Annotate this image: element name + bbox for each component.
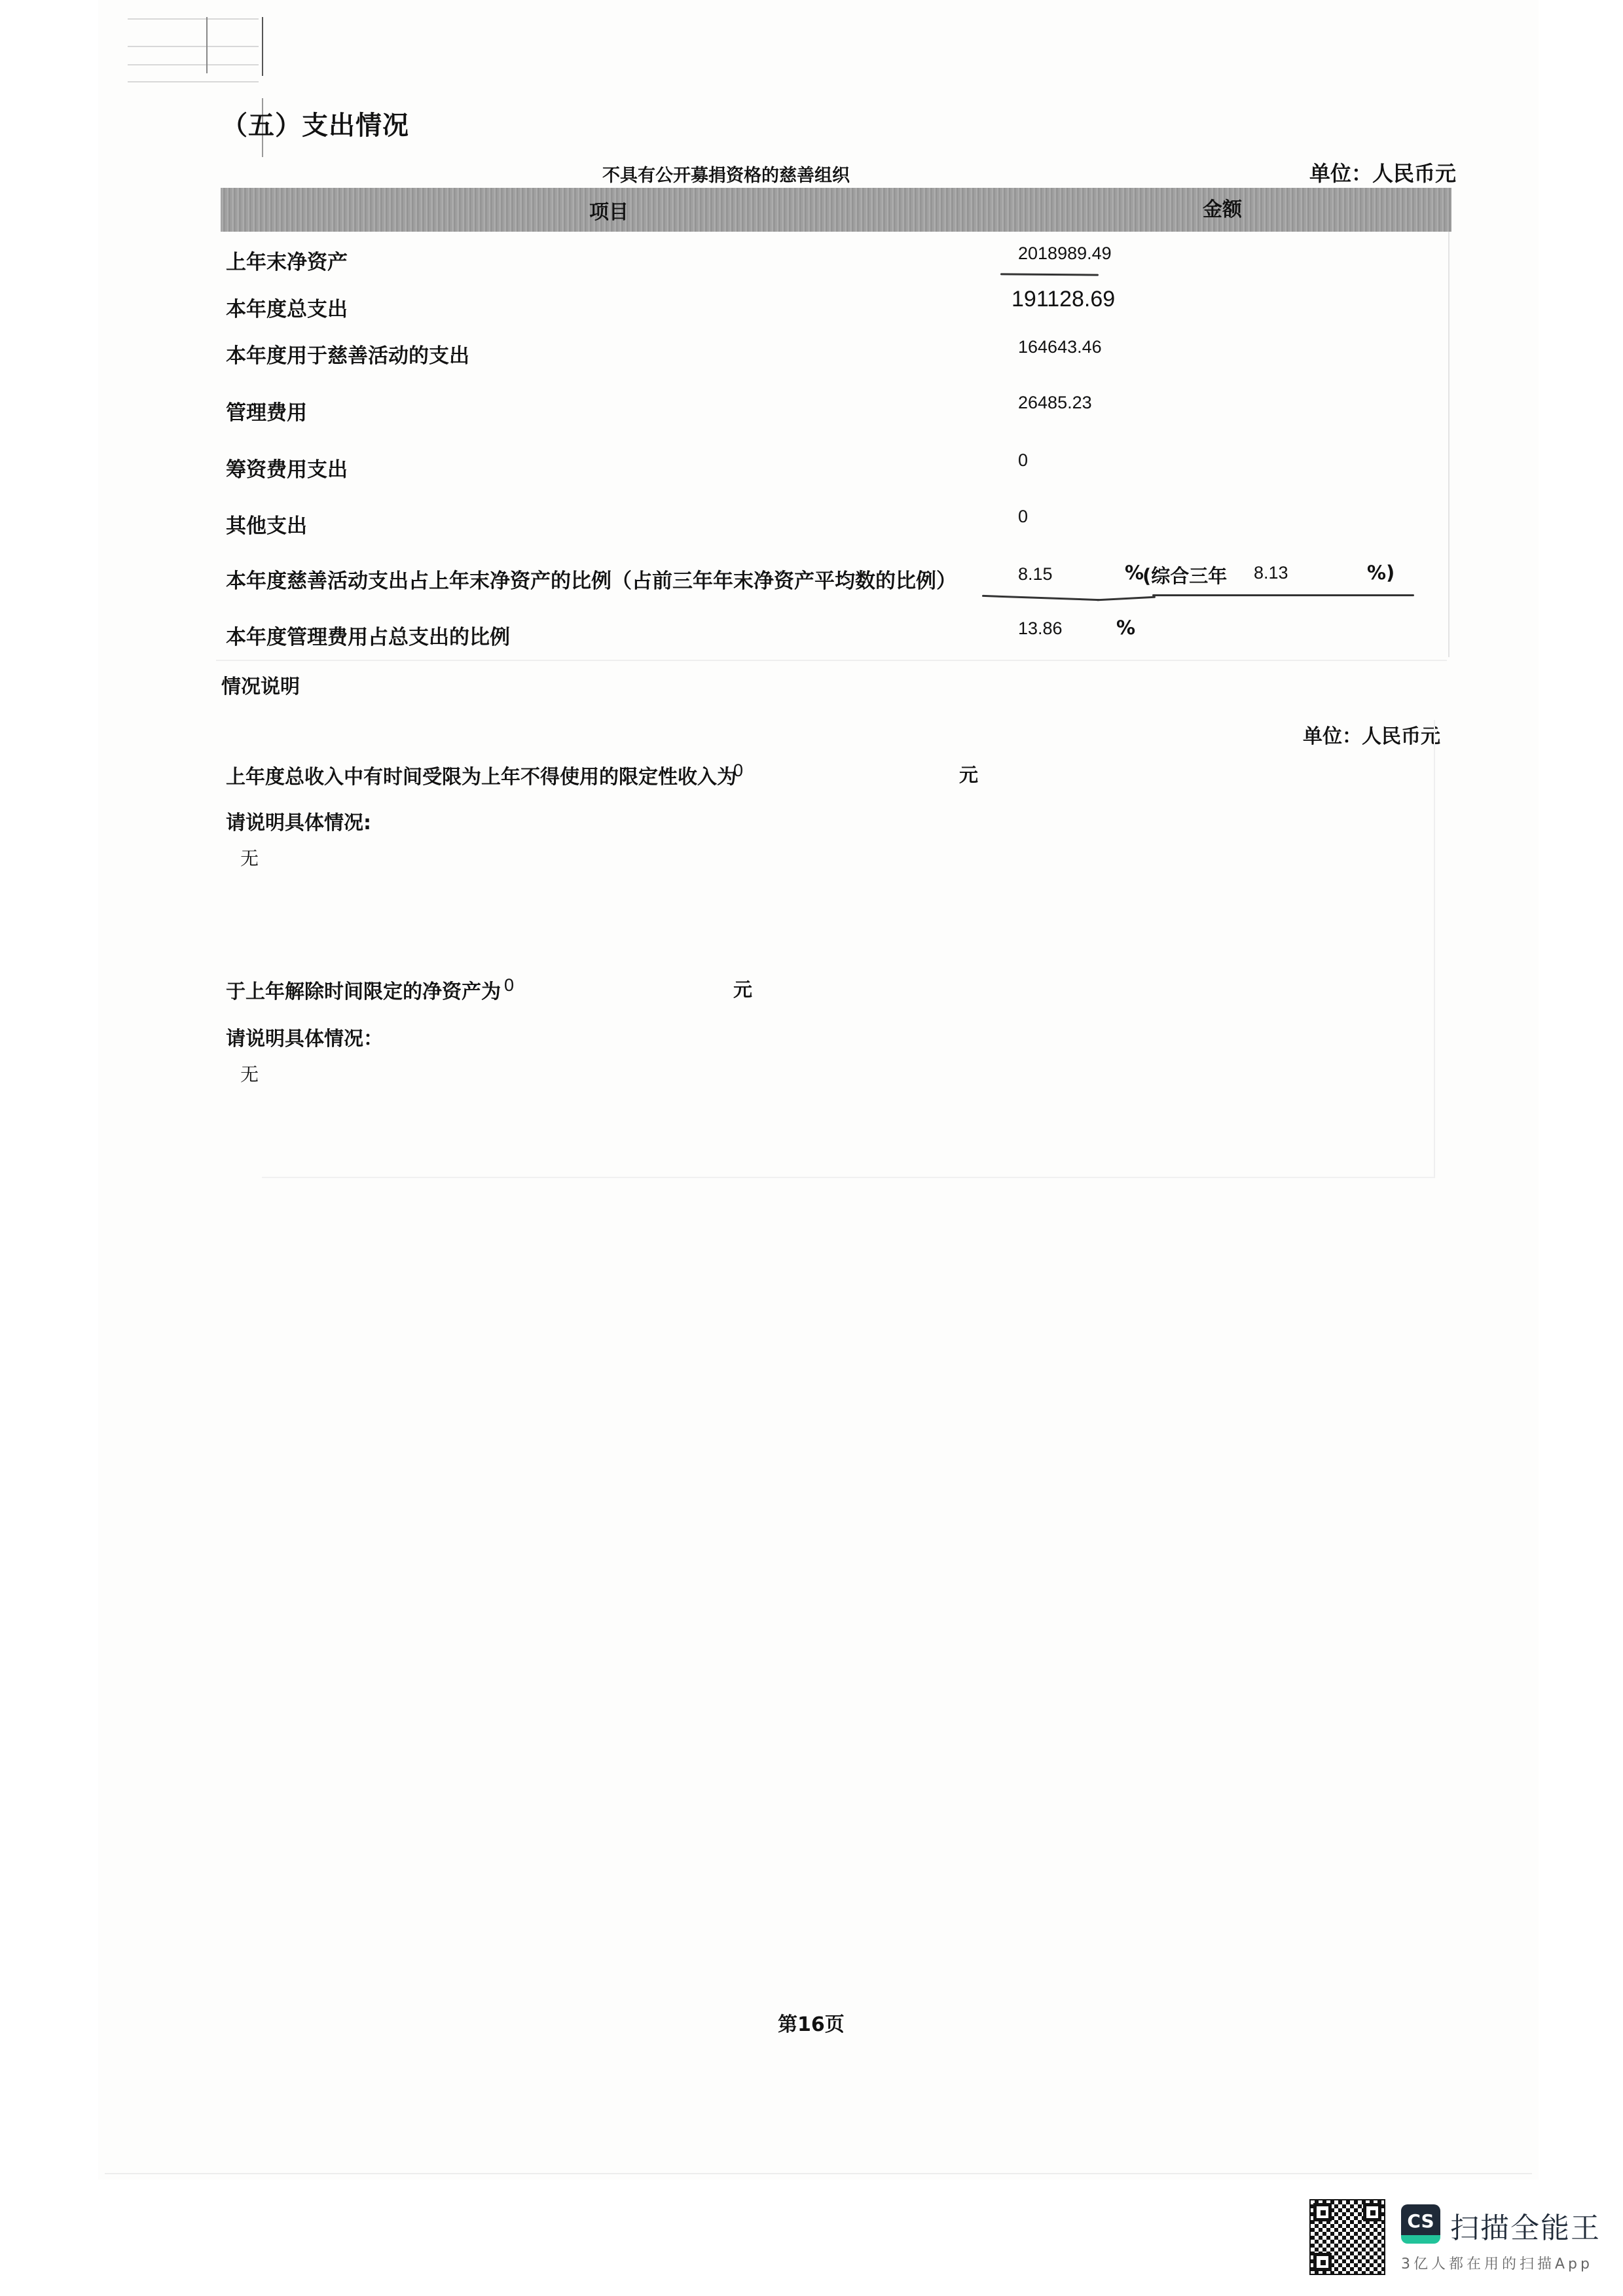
row-label-charity-expense: 本年度用于慈善活动的支出 bbox=[226, 339, 469, 368]
row-label-admin-expense: 管理费用 bbox=[226, 396, 307, 425]
header-amount: 金额 bbox=[1203, 193, 1242, 222]
row-value-charity-ratio: 8.15 bbox=[1018, 564, 1053, 584]
row-value-admin-expense: 26485.23 bbox=[1018, 393, 1092, 413]
released-assets-value: 0 bbox=[504, 975, 514, 996]
unit-label: 单位：人民币元 bbox=[1309, 157, 1456, 187]
row-value-charity-expense: 164643.46 bbox=[1018, 337, 1102, 357]
table-border bbox=[1448, 232, 1450, 657]
notes-heading: 情况说明 bbox=[221, 670, 300, 699]
pen-underline bbox=[1152, 594, 1414, 596]
restricted-income-unit: 元 bbox=[959, 761, 978, 787]
scanner-watermark: CS 扫描全能王 3亿人都在用的扫描App bbox=[1309, 2199, 1611, 2278]
org-type-caption: 不具有公开募捐资格的慈善组织 bbox=[602, 161, 850, 187]
row-value-other-expense: 0 bbox=[1018, 507, 1028, 527]
row-value-fundraising-expense: 0 bbox=[1018, 450, 1028, 471]
row-label-charity-ratio: 本年度慈善活动支出占上年末净资产的比例（占前三年年末净资产平均数的比例） bbox=[226, 564, 957, 594]
notes-unit-label: 单位：人民币元 bbox=[1303, 720, 1440, 749]
row-label-total-expense: 本年度总支出 bbox=[226, 293, 348, 322]
header-item: 项目 bbox=[589, 196, 629, 224]
row-label-admin-ratio: 本年度管理费用占总支出的比例 bbox=[226, 620, 510, 650]
app-name: 扫描全能王 bbox=[1450, 2204, 1601, 2246]
admin-ratio-percent: % bbox=[1116, 617, 1135, 639]
released-assets-unit: 元 bbox=[733, 975, 752, 1002]
row-value-total-expense: 191128.69 bbox=[1012, 287, 1115, 312]
restricted-income-explain-label: 请说明具体情况: bbox=[226, 806, 371, 835]
combined-three-year-value: 8.13 bbox=[1254, 563, 1288, 583]
app-tagline: 3亿人都在用的扫描App bbox=[1401, 2253, 1593, 2273]
table-bottom-border bbox=[216, 660, 1447, 661]
notes-box-border bbox=[262, 1177, 1434, 1178]
released-assets-explain-value: 无 bbox=[240, 1060, 259, 1086]
qr-code-icon bbox=[1309, 2199, 1385, 2275]
page-number: 第16页 bbox=[778, 2008, 845, 2037]
row-label-prior-net-assets: 上年末净资产 bbox=[226, 245, 348, 275]
section-title: （五）支出情况 bbox=[221, 105, 409, 142]
camscanner-logo-icon: CS bbox=[1401, 2204, 1440, 2244]
released-assets-explain-label: 请说明具体情况： bbox=[226, 1022, 383, 1051]
page-edge bbox=[105, 2173, 1532, 2174]
row-value-admin-ratio: 13.86 bbox=[1018, 619, 1063, 639]
notes-box-border bbox=[1434, 720, 1435, 1178]
table-header: 项目 金额 bbox=[221, 188, 1451, 232]
row-value-prior-net-assets: 2018989.49 bbox=[1018, 243, 1112, 264]
row-label-other-expense: 其他支出 bbox=[226, 509, 307, 539]
released-assets-label: 于上年解除时间限定的净资产为 bbox=[226, 975, 501, 1004]
restricted-income-value: 0 bbox=[733, 761, 743, 781]
scanned-page bbox=[98, 0, 1539, 2179]
restricted-income-label: 上年度总收入中有时间受限为上年不得使用的限定性收入为 bbox=[226, 761, 737, 789]
row-label-fundraising-expense: 筹资费用支出 bbox=[226, 453, 348, 482]
restricted-income-explain-value: 无 bbox=[240, 844, 259, 870]
combined-three-year-label: (综合三年 bbox=[1142, 562, 1227, 588]
charity-ratio-percent: % bbox=[1125, 562, 1144, 584]
combined-three-year-close: %) bbox=[1367, 562, 1395, 584]
